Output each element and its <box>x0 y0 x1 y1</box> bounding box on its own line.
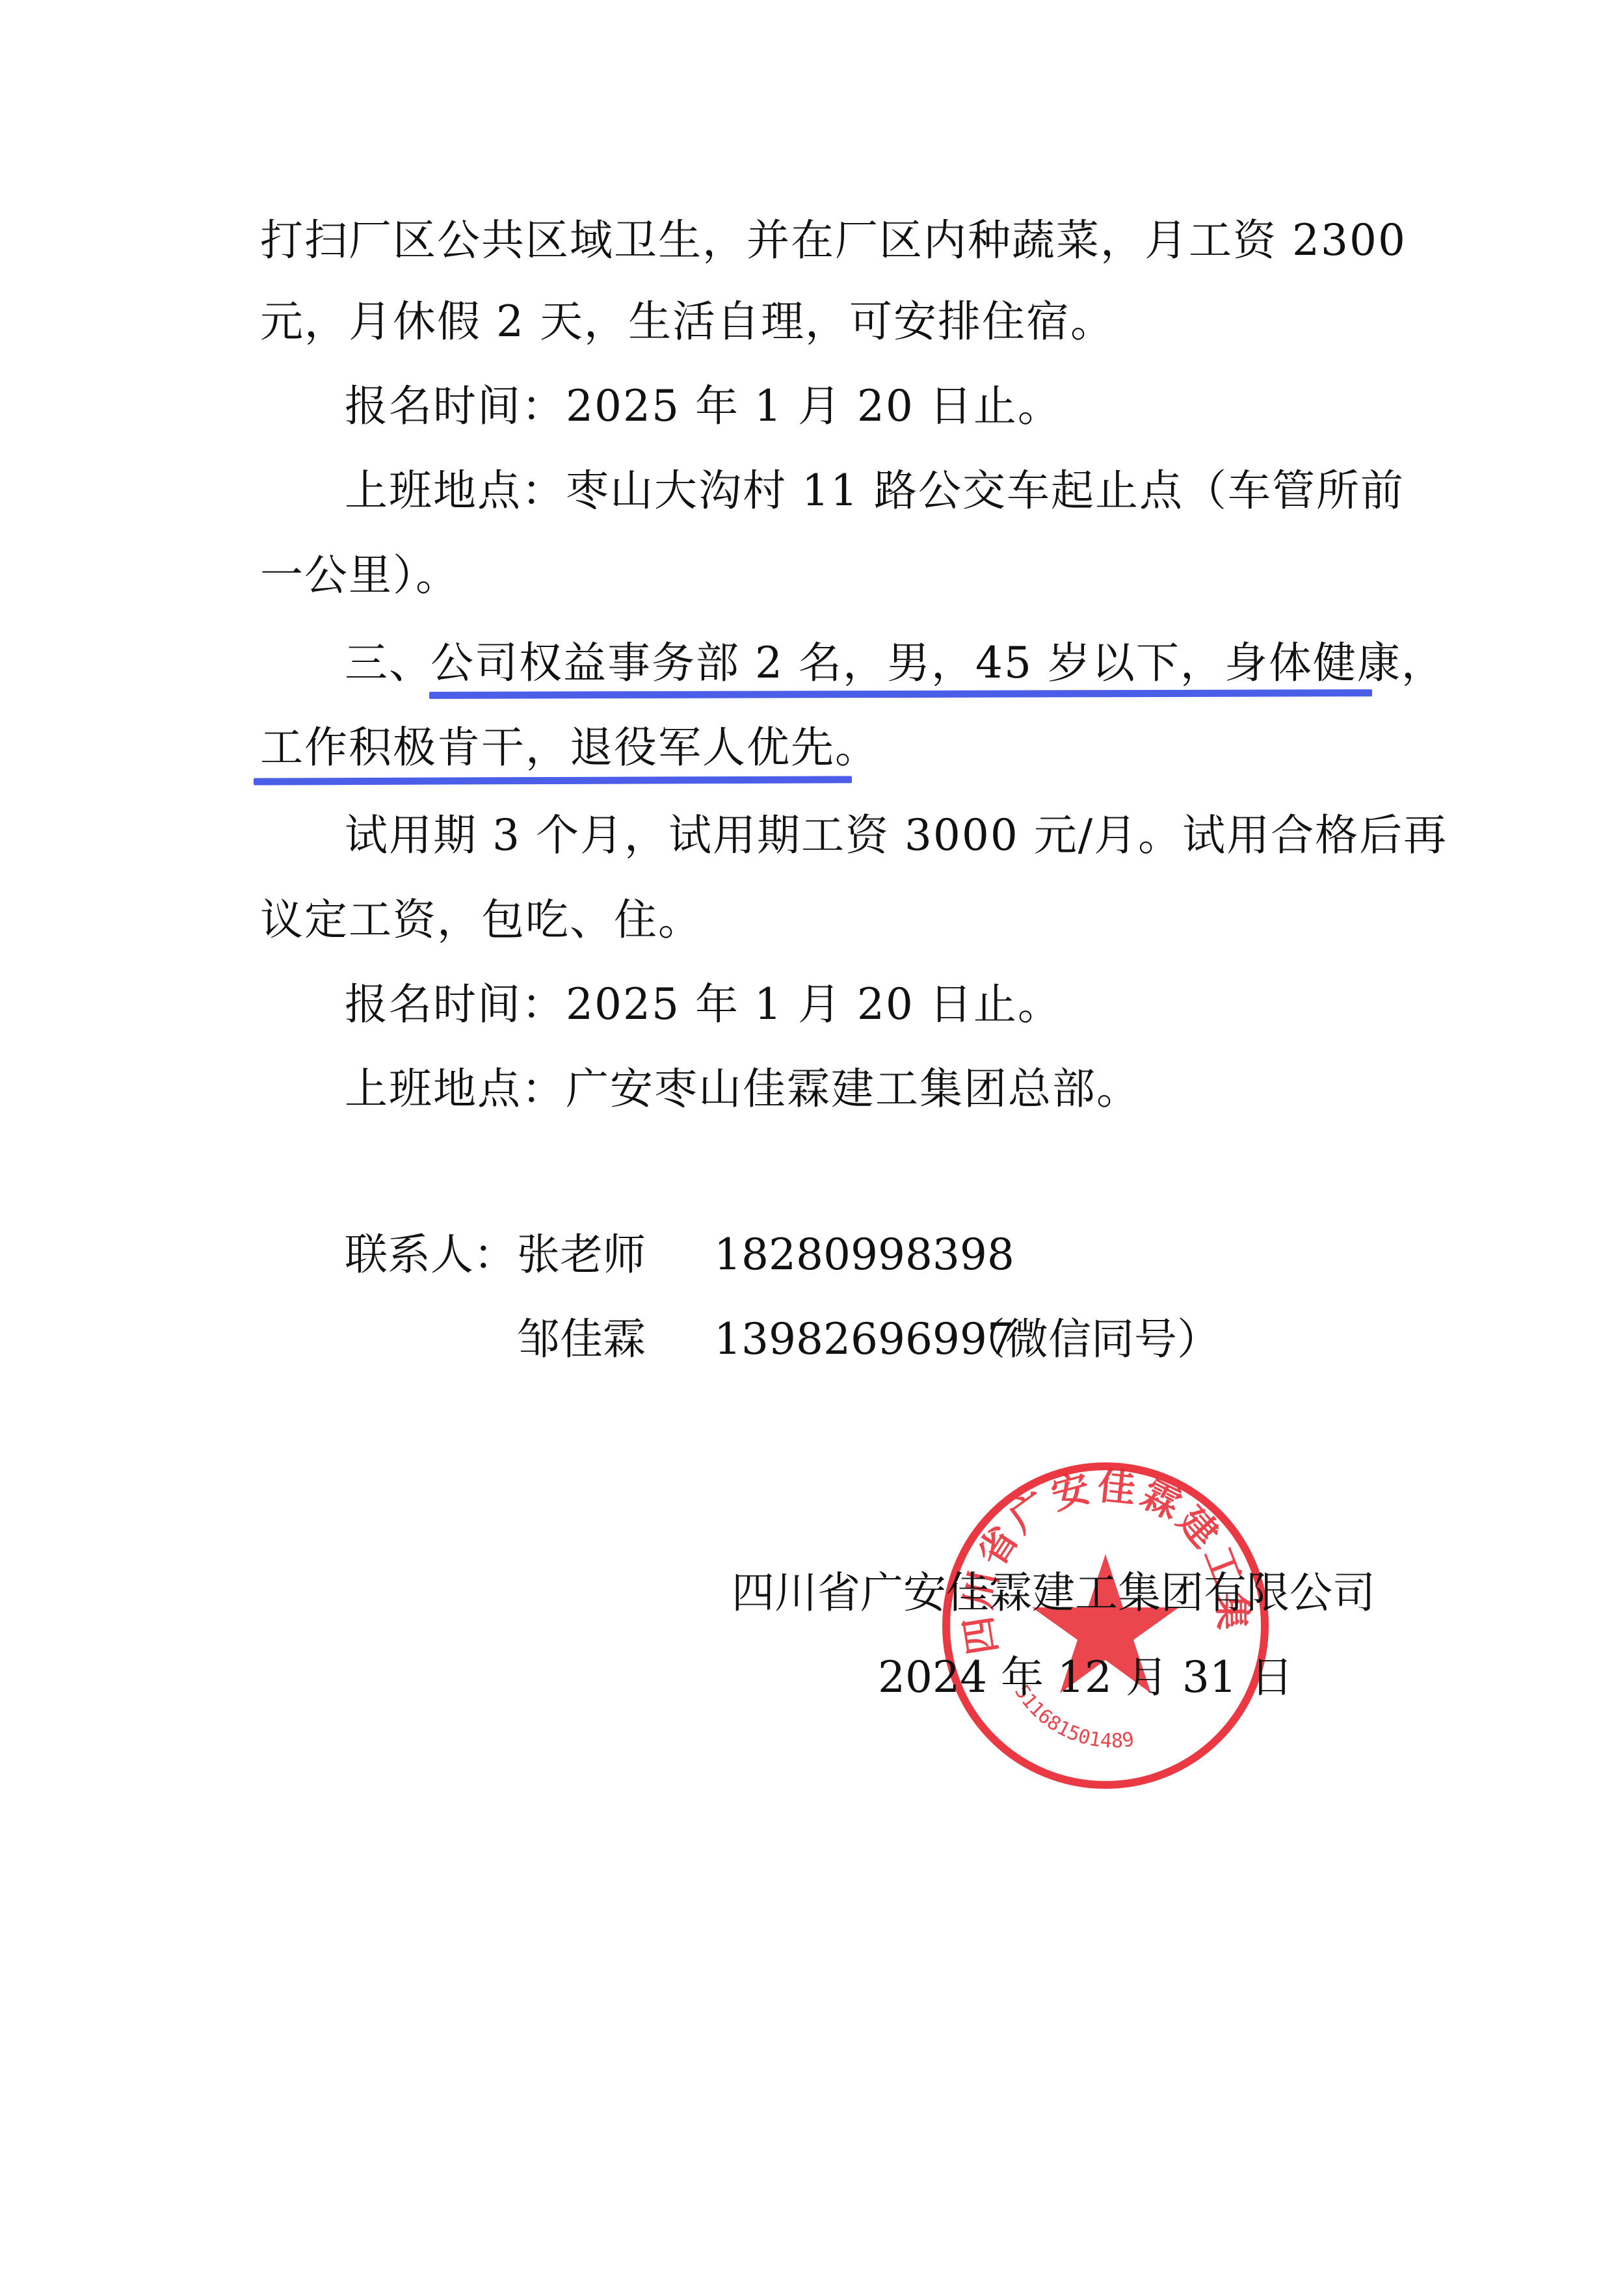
highlight-underline <box>254 776 852 785</box>
contact-name: 张老师 <box>517 1229 646 1281</box>
paragraph-line: 打扫厂区公共区域卫生，并在厂区内种蔬菜，月工资 2300 <box>260 215 1407 267</box>
highlight-underline <box>429 689 1372 699</box>
signature-date: 2024 年 12 月 31 日 <box>878 1652 1293 1704</box>
position-3-line1: 公司权益事务部 2 名，男，45 岁以下，身体健康， <box>430 637 1446 689</box>
work-location-2: 上班地点：广安枣山佳霖建工集团总部。 <box>345 1063 1141 1115</box>
position-3-line2: 工作积极肯干，退役军人优先。 <box>260 722 879 774</box>
contact-name: 邹佳霖 <box>517 1313 646 1366</box>
contact-label: 联系人： <box>345 1229 516 1281</box>
document-page: 打扫厂区公共区域卫生，并在厂区内种蔬菜，月工资 2300 元，月休假 2 天，生… <box>0 0 1614 2296</box>
paragraph-line: 元，月休假 2 天，生活自理，可安排住宿。 <box>260 296 1115 348</box>
signature-company: 四川省广安佳霖建工集团有限公司 <box>732 1567 1375 1619</box>
work-location-1-line2: 一公里）。 <box>260 549 460 601</box>
probation-line2: 议定工资，包吃、住。 <box>260 894 702 946</box>
work-location-1-line1: 上班地点：枣山大沟村 11 路公交车起止点（车管所前 <box>345 465 1405 517</box>
contact-note: （微信同号） <box>962 1313 1220 1366</box>
registration-deadline-2: 报名时间：2025 年 1 月 20 日止。 <box>345 979 1062 1031</box>
contact-phone: 18280998398 <box>714 1229 1014 1281</box>
registration-deadline-1: 报名时间：2025 年 1 月 20 日止。 <box>345 380 1062 432</box>
position-3-prefix: 三、 <box>345 637 433 689</box>
company-seal-icon: 四川省广安佳霖建工集团有限公司 5116815014891 <box>936 1457 1275 1795</box>
probation-line1: 试用期 3 个月，试用期工资 3000 元/月。试用合格后再 <box>345 810 1448 862</box>
